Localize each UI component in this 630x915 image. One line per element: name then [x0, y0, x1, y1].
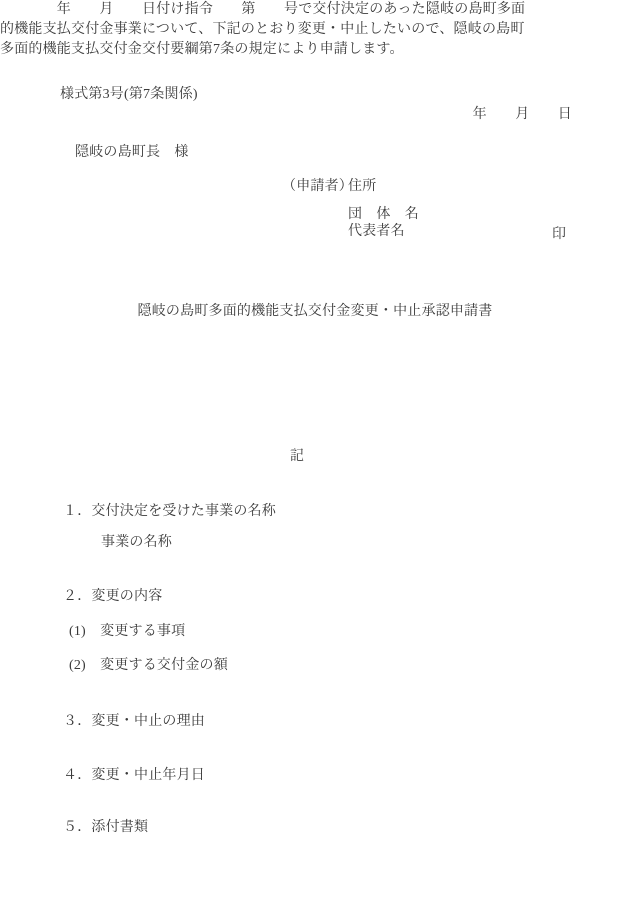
- section-2-heading: ２．変更の内容: [63, 588, 162, 606]
- form-number: 様式第3号(第7条関係): [60, 86, 198, 104]
- date-placeholder-line: 年 月 日: [473, 106, 572, 124]
- body-line-2: 的機能支払交付金事業について、下記のとおり変更・中止したいので、隠岐の島町: [0, 20, 520, 40]
- document-title: 隠岐の島町多面的機能支払交付金変更・中止承認申請書: [0, 303, 630, 321]
- section-1-heading: １．交付決定を受けた事業の名称: [63, 503, 276, 521]
- section-4-heading: ４．変更・中止年月日: [63, 767, 205, 785]
- section-3-heading: ３．変更・中止の理由: [63, 713, 205, 731]
- section-1-project-name-label: 事業の名称: [101, 534, 172, 552]
- section-2-item-1: (1) 変更する事項: [69, 623, 185, 641]
- seal-mark: 印: [552, 226, 566, 244]
- notes-heading: 記: [290, 448, 304, 466]
- document-page: 様式第3号(第7条関係) 年 月 日 隠岐の島町長 様 （申請者） 住所 団 体…: [0, 0, 630, 915]
- section-2-item-2: (2) 変更する交付金の額: [69, 657, 228, 675]
- applicant-label: （申請者）: [282, 178, 353, 196]
- addressee-line: 隠岐の島町長 様: [75, 144, 189, 162]
- representative-name-label: 代表者名: [348, 223, 405, 241]
- section-5-heading: ５．添付書類: [63, 819, 148, 837]
- body-line-1: 年 月 日付け指令 第 号で交付決定のあった隠岐の島町多面: [0, 0, 520, 20]
- body-paragraph: 年 月 日付け指令 第 号で交付決定のあった隠岐の島町多面 的機能支払交付金事業…: [0, 0, 520, 60]
- organization-name-label: 団 体 名: [348, 206, 419, 224]
- body-line-3: 多面的機能支払交付金交付要綱第7条の規定により申請します。: [0, 40, 520, 60]
- address-label: 住所: [348, 178, 376, 196]
